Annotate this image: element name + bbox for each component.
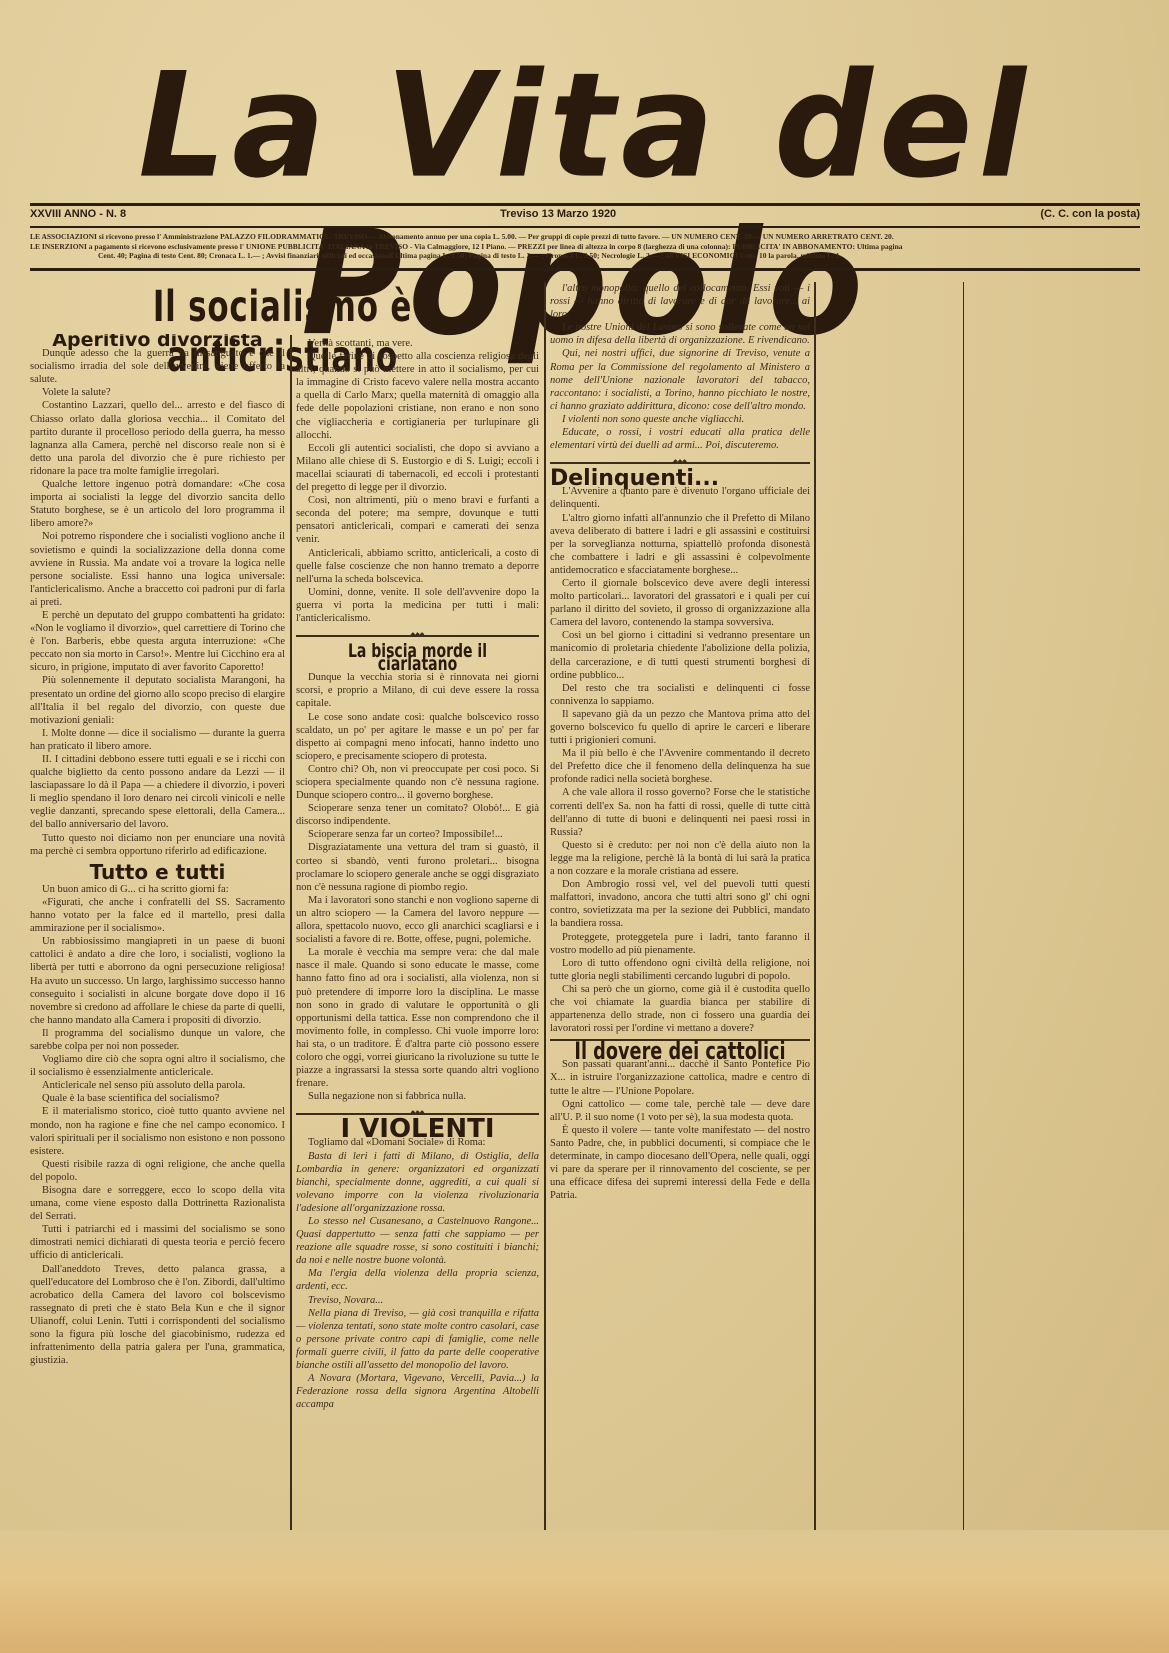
- paragraph: II. I cittadini debbono essere tutti egu…: [30, 753, 285, 832]
- paragraph: Così, non altrimenti, più o meno bravi e…: [296, 494, 539, 546]
- paragraph: Del resto che tra socialisti e delinquen…: [550, 682, 810, 708]
- article-biscia: Dunque la vecchia storia si è rinnovata …: [296, 671, 539, 1103]
- paragraph: Così un bel giorno i cittadini si vedran…: [550, 629, 810, 681]
- masthead-rule: [30, 203, 1140, 206]
- paragraph: Noi potremo rispondere che i socialisti …: [30, 530, 285, 609]
- notice-line: LE ASSOCIAZIONI si ricevono presso l' Am…: [30, 232, 1140, 242]
- article-dovere: Son passati quarant'anni... dacchè il Sa…: [550, 1058, 810, 1202]
- paragraph: Lo stesso nel Cusanesano, a Castelnuovo …: [296, 1215, 539, 1267]
- paragraph: Don Ambrogio rossi vel, vel del puevoli …: [550, 878, 810, 930]
- paragraph: È questo il volere — tante volte manifes…: [550, 1124, 810, 1203]
- article-tutto-e-tutti: Un buon amico di G... ci ha scritto gior…: [30, 883, 285, 1367]
- paragraph: Dunque adesso che la guerra ha dissangua…: [30, 347, 285, 386]
- dateline: XXVIII ANNO - N. 8 Treviso 13 Marzo 1920…: [30, 208, 1140, 226]
- paragraph: Disgraziatamente una vettura del tram si…: [296, 841, 539, 893]
- paragraph: Un buon amico di G... ci ha scritto gior…: [30, 883, 285, 896]
- column-divider: [544, 282, 546, 1537]
- paragraph: Scioperare senza tener un comitato? Olob…: [296, 802, 539, 828]
- paragraph: Nella piana di Treviso, — già così tranq…: [296, 1307, 539, 1372]
- article-title: I VIOLENTI: [296, 1123, 539, 1136]
- paragraph: Il programma del socialismo dunque un va…: [30, 1027, 285, 1053]
- column-divider: [963, 282, 964, 1532]
- paragraph: E il materialismo storico, cioè tutto qu…: [30, 1105, 285, 1157]
- paragraph: Scioperare senza far un corteo? Impossib…: [296, 828, 539, 841]
- article-aperitivo: Dunque adesso che la guerra ha dissangua…: [30, 347, 285, 858]
- paragraph: A Novara (Mortara, Vigevano, Vercelli, P…: [296, 1372, 539, 1411]
- paragraph: I violenti non sono queste anche vigliac…: [550, 413, 810, 426]
- paragraph: Questi risibile razza di ogni religione,…: [30, 1158, 285, 1184]
- paragraph: l'altro monopolio: quello del collocamen…: [550, 282, 810, 321]
- column-divider: [290, 335, 292, 1535]
- column-divider: [814, 282, 816, 1532]
- article-title: Il dovere dei cattolici: [573, 1045, 786, 1058]
- paragraph: Un rabbiosissimo mangiapreti in un paese…: [30, 935, 285, 1027]
- paragraph: Qui, nei nostri uffici, due signorine di…: [550, 347, 810, 412]
- article-title: Aperitivo divorzista: [30, 334, 285, 347]
- article-title: Delinquenti...: [550, 472, 810, 485]
- paragraph: Quelle farine di sospetto alla coscienza…: [296, 350, 539, 442]
- paragraph: Volete la salute?: [30, 386, 285, 399]
- issue-date: Treviso 13 Marzo 1920: [500, 208, 616, 220]
- paragraph: Uomini, donne, venite. Il sole dell'avve…: [296, 586, 539, 625]
- article-monopolio: l'altro monopolio: quello del collocamen…: [550, 282, 810, 452]
- paragraph: Dall'aneddoto Treves, detto palanca gras…: [30, 1263, 285, 1368]
- paragraph: Più solennemente il deputato socialista …: [30, 674, 285, 726]
- paragraph: Il sapevano già da un pezzo che Mantova …: [550, 708, 810, 747]
- ornament-divider: [296, 1107, 539, 1119]
- article-title: La biscia morde il ciarlatano: [318, 645, 517, 671]
- paragraph: Tutto questo noi diciamo non per enuncia…: [30, 832, 285, 858]
- column-3: l'altro monopolio: quello del collocamen…: [550, 282, 810, 1532]
- paragraph: L'altro giorno infatti all'annunzio che …: [550, 512, 810, 577]
- ornament-divider: [550, 456, 810, 468]
- paragraph: Treviso, Novara...: [296, 1294, 539, 1307]
- page-fold: [0, 1530, 1169, 1653]
- paragraph: Ma l'ergia della violenza della propria …: [296, 1267, 539, 1293]
- paragraph: Le cose sono andate così: qualche bolsce…: [296, 711, 539, 763]
- paragraph: Sulla negazione non si fabbrica nulla.: [296, 1090, 539, 1103]
- subscription-notice: LE ASSOCIAZIONI si ricevono presso l' Am…: [30, 232, 1140, 261]
- paragraph: Anticlericali, abbiamo scritto, anticler…: [296, 547, 539, 586]
- column-4: [820, 282, 960, 1532]
- postal-note: (C. C. con la posta): [1040, 208, 1140, 220]
- dateline-rule: [30, 226, 1140, 228]
- paragraph: Certo il giornale bolscevico deve avere …: [550, 577, 810, 629]
- paragraph: Quale è la base scientifica del socialis…: [30, 1092, 285, 1105]
- notice-line: Cent. 40; Pagina di testo Cent. 80; Cron…: [30, 251, 1140, 261]
- paragraph: Vogliamo dire ciò che sopra ogni altro i…: [30, 1053, 285, 1079]
- paragraph: Bisogna dare e sorreggere, ecco lo scopo…: [30, 1184, 285, 1223]
- paragraph: Anticlericale nel senso più assoluto del…: [30, 1079, 285, 1092]
- column-2: Verità scottanti, ma vere. Quelle farine…: [296, 337, 539, 1537]
- paragraph: Dunque la vecchia storia si è rinnovata …: [296, 671, 539, 710]
- paragraph: Eccoli gli autentici socialisti, che dop…: [296, 442, 539, 494]
- paragraph: Verità scottanti, ma vere.: [296, 337, 539, 350]
- paragraph: E perchè un deputato del gruppo combatte…: [30, 609, 285, 674]
- column-1: Aperitivo divorzista Dunque adesso che l…: [30, 334, 285, 1534]
- notice-line: LE INSERZIONI a pagamento si ricevono es…: [30, 242, 1140, 252]
- paragraph: L'Avvenire a quanto pare è divenuto l'or…: [550, 485, 810, 511]
- paragraph: Basta di leri i fatti di Milano, di Osti…: [296, 1150, 539, 1215]
- paragraph: Togliamo dal «Domani Sociale» di Roma:: [296, 1136, 539, 1149]
- paragraph: Educate, o rossi, i vostri educati alla …: [550, 426, 810, 452]
- paragraph: Tutti i patriarchi ed i massimi del soci…: [30, 1223, 285, 1262]
- paragraph: «Figurati, che anche i confratelli del S…: [30, 896, 285, 935]
- paragraph: Le nostre Unioni del Lavoro si sono soll…: [550, 321, 810, 347]
- paragraph: Contro chi? Oh, non vi preoccupate per c…: [296, 763, 539, 802]
- paragraph: Ogni cattolico — come tale, perchè tale …: [550, 1098, 810, 1124]
- article-continuation: Verità scottanti, ma vere. Quelle farine…: [296, 337, 539, 625]
- notice-rule: [30, 268, 1140, 271]
- paragraph: La morale è vecchia ma sempre vera: che …: [296, 946, 539, 1090]
- paragraph: Ma i lavoratori sono stanchi e non vogli…: [296, 894, 539, 946]
- paragraph: Costantino Lazzari, quello del... arrest…: [30, 399, 285, 478]
- paragraph: Ma il più bello è che l'Avvenire comment…: [550, 747, 810, 786]
- article-violenti: Togliamo dal «Domani Sociale» di Roma: B…: [296, 1136, 539, 1411]
- paragraph: Qualche lettore ingenuo potrà domandare:…: [30, 478, 285, 530]
- paragraph: Proteggete, proteggetela pure i ladri, t…: [550, 931, 810, 957]
- paragraph: Questo si è creduto: per noi non c'è del…: [550, 839, 810, 878]
- article-delinquenti: L'Avvenire a quanto pare è divenuto l'or…: [550, 485, 810, 1035]
- article-title: Tutto e tutti: [30, 866, 285, 879]
- masthead: La Vita del Popolo: [30, 55, 1140, 205]
- paragraph: I. Molte donne — dice il socialismo — du…: [30, 727, 285, 753]
- paragraph: Loro di tutto offendono ogni civiltà del…: [550, 957, 810, 983]
- issue-number: XXVIII ANNO - N. 8: [30, 208, 126, 220]
- paragraph: Chi sa però che un giorno, come già il è…: [550, 983, 810, 1035]
- paragraph: A che vale allora il rosso governo? Fors…: [550, 786, 810, 838]
